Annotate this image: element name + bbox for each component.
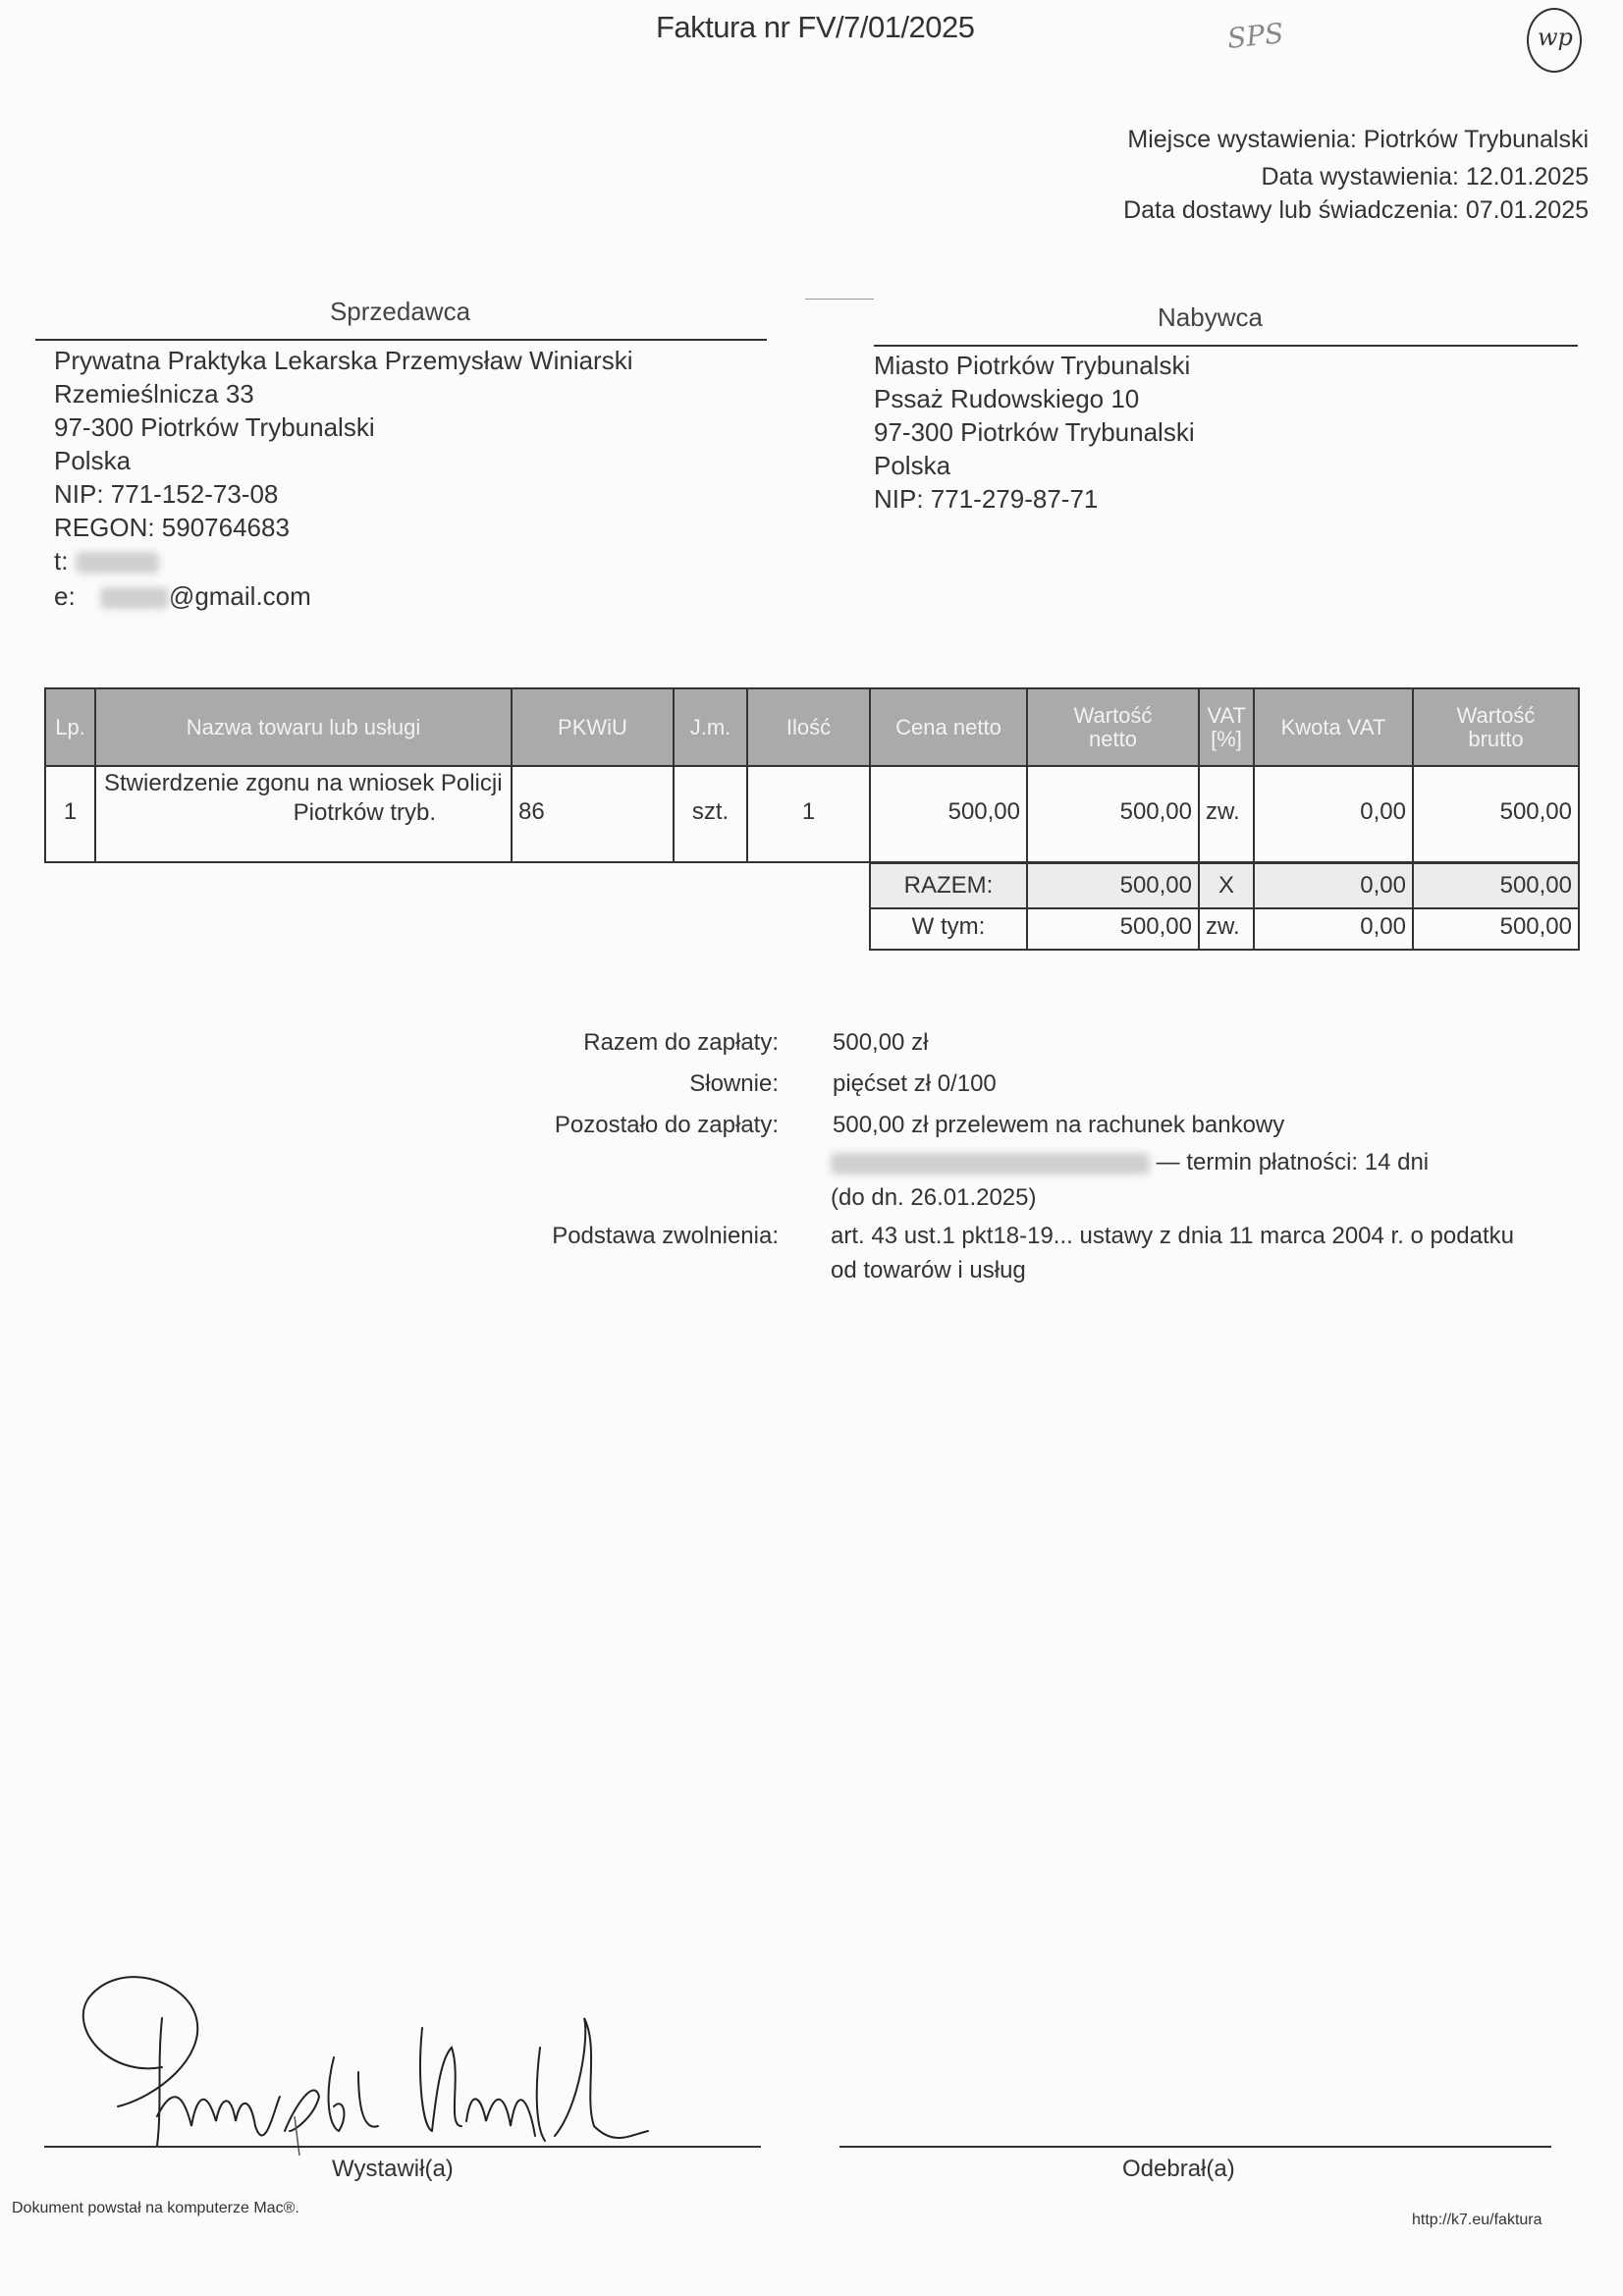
issue-date-label: Data wystawienia:: [1261, 163, 1458, 191]
cell-name-line2: Piotrków tryb.: [104, 798, 505, 828]
seller-divider: [35, 339, 767, 341]
cell-net-value: 500,00: [1028, 763, 1200, 861]
col-gross-value: Wartość brutto: [1414, 689, 1580, 765]
receiver-label: Odebrał(a): [1122, 2156, 1235, 2183]
cell-vat-amount: 0,00: [1255, 763, 1414, 861]
payment-term: — termin płatności: 14 dni: [1157, 1149, 1429, 1175]
receiver-signature-line: [839, 2146, 1551, 2148]
issuer-signature-line: [44, 2146, 761, 2148]
col-net-price: Cena netto: [871, 689, 1028, 765]
seller-heading: Sprzedawca: [34, 297, 766, 327]
total-net-value: 500,00: [1028, 864, 1200, 907]
footer-link[interactable]: http://k7.eu/faktura: [1412, 2212, 1542, 2229]
email-label: e:: [54, 581, 76, 611]
col-unit: J.m.: [675, 689, 748, 765]
exemption-line2: od towarów i usług: [831, 1257, 1026, 1285]
issuer-label: Wystawił(a): [332, 2156, 454, 2183]
exemption-label: Podstawa zwolnienia:: [386, 1223, 779, 1250]
total-vat-amount: 0,00: [1255, 864, 1414, 907]
exemption-line1: art. 43 ust.1 pkt18-19... ustawy z dnia …: [831, 1223, 1514, 1250]
total-gross-value: 500,00: [1414, 864, 1580, 907]
seller-regon: REGON: 590764683: [54, 511, 633, 544]
total-due-label: Razem do zapłaty:: [386, 1029, 779, 1057]
col-lp: Lp.: [46, 689, 96, 765]
seller-phone: t:: [54, 544, 633, 577]
seller-street: Rzemieślnicza 33: [54, 377, 633, 410]
in-words-label: Słownie:: [386, 1070, 779, 1098]
including-label: W tym:: [871, 905, 1028, 949]
seller-nip: NIP: 771-152-73-08: [54, 477, 633, 511]
cell-gross-value: 500,00: [1414, 763, 1580, 861]
including-net-value: 500,00: [1028, 905, 1200, 949]
col-vat-amount: Kwota VAT: [1255, 689, 1414, 765]
handwritten-note: SPS: [1225, 17, 1284, 55]
bank-account-line: — termin płatności: 14 dni: [831, 1149, 1429, 1176]
including-row: W tym: 500,00 zw. 0,00 500,00: [869, 905, 1580, 951]
email-domain: @gmail.com: [169, 581, 311, 611]
place-label: Miejsce wystawienia:: [1127, 126, 1356, 153]
col-qty: Ilość: [748, 689, 871, 765]
delivery-date: Data dostawy lub świadczenia: 07.01.2025: [1123, 196, 1589, 225]
buyer-nip: NIP: 771-279-87-71: [874, 482, 1195, 516]
signature-icon: [49, 1959, 874, 2156]
seller-email: e: @gmail.com: [54, 579, 633, 613]
delivery-date-label: Data dostawy lub świadczenia:: [1123, 196, 1459, 224]
footer-note: Dokument powstał na komputerze Mac®.: [12, 2200, 299, 2217]
issue-date: Data wystawienia: 12.01.2025: [1261, 163, 1589, 191]
cell-unit: szt.: [675, 763, 748, 861]
issue-date-value: 12.01.2025: [1466, 163, 1589, 191]
redacted-email-user: [100, 587, 169, 609]
col-name: Nazwa towaru lub usługi: [96, 689, 513, 765]
buyer-country: Polska: [874, 449, 1195, 482]
buyer-street: Pssaż Rudowskiego 10: [874, 382, 1195, 415]
total-vat-rate: X: [1200, 864, 1255, 907]
cell-qty: 1: [748, 763, 871, 861]
col-pkwiu: PKWiU: [513, 689, 675, 765]
including-vat-amount: 0,00: [1255, 905, 1414, 949]
cell-name-line1: Stwierdzenie zgonu na wniosek Policji: [104, 769, 505, 798]
including-vat-rate: zw.: [1200, 905, 1255, 949]
delivery-date-value: 07.01.2025: [1466, 196, 1589, 224]
cell-pkwiu: 86: [513, 763, 675, 861]
total-row: RAZEM: 500,00 X 0,00 500,00: [869, 862, 1580, 909]
seller-block: Prywatna Praktyka Lekarska Przemysław Wi…: [54, 344, 633, 613]
cell-lp: 1: [46, 763, 96, 861]
total-due-value: 500,00 zł: [833, 1029, 928, 1057]
in-words-value: pięćset zł 0/100: [833, 1070, 997, 1098]
circled-initials: wp: [1538, 24, 1573, 51]
cell-net-price: 500,00: [871, 763, 1028, 861]
col-net-value: Wartość netto: [1028, 689, 1200, 765]
buyer-divider: [874, 345, 1578, 347]
remaining-value: 500,00 zł przelewem na rachunek bankowy: [833, 1112, 1284, 1139]
table-header: Lp. Nazwa towaru lub usługi PKWiU J.m. I…: [44, 687, 1580, 767]
seller-country: Polska: [54, 444, 633, 477]
table-row: 1 Stwierdzenie zgonu na wniosek Policji …: [44, 763, 1580, 863]
cell-vat-rate: zw.: [1200, 763, 1255, 861]
buyer-name: Miasto Piotrków Trybunalski: [874, 349, 1195, 382]
buyer-heading: Nabywca: [844, 302, 1576, 333]
due-date: (do dn. 26.01.2025): [831, 1184, 1037, 1212]
place-of-issue: Miejsce wystawienia: Piotrków Trybunalsk…: [1127, 126, 1589, 154]
cell-name: Stwierdzenie zgonu na wniosek Policji Pi…: [96, 763, 513, 861]
invoice-title: Faktura nr FV/7/01/2025: [656, 10, 975, 45]
redacted-phone: [76, 552, 159, 574]
buyer-city: 97-300 Piotrków Trybunalski: [874, 415, 1195, 449]
buyer-block: Miasto Piotrków Trybunalski Pssaż Rudows…: [874, 349, 1195, 516]
remaining-label: Pozostało do zapłaty:: [386, 1112, 779, 1139]
redacted-bank-account: [831, 1153, 1150, 1175]
place-value: Piotrków Trybunalski: [1364, 126, 1589, 153]
seller-city: 97-300 Piotrków Trybunalski: [54, 410, 633, 444]
buyer-mark: [805, 299, 874, 300]
including-gross-value: 500,00: [1414, 905, 1580, 949]
phone-label: t:: [54, 546, 68, 575]
col-vat-rate: VAT [%]: [1200, 689, 1255, 765]
total-label: RAZEM:: [871, 864, 1028, 907]
seller-name: Prywatna Praktyka Lekarska Przemysław Wi…: [54, 344, 633, 377]
